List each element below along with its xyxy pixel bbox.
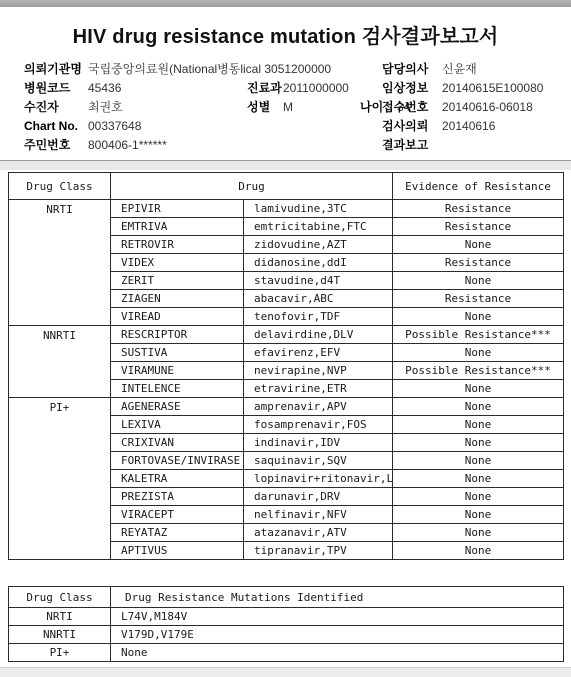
drug-class-cell: NRTI (9, 200, 111, 326)
drug-brand-cell: VIDEX (111, 254, 244, 272)
drug-generic-cell: lopinavir+ritonavir,LPV (244, 470, 393, 488)
info-value-requesting-org: 국립중앙의료원(National병동lical 3051200000 (88, 61, 331, 77)
drug-evidence-cell: None (393, 416, 564, 434)
drug-generic-cell: didanosine,ddI (244, 254, 393, 272)
drug-brand-cell: VIREAD (111, 308, 244, 326)
drug-evidence-cell: None (393, 470, 564, 488)
drug-evidence-cell: None (393, 344, 564, 362)
info-value-chart-no: 00337648 (88, 118, 141, 134)
drug-generic-cell: saquinavir,SQV (244, 452, 393, 470)
drug-generic-cell: fosamprenavir,FOS (244, 416, 393, 434)
info-label-resident-no: 주민번호 (24, 137, 70, 153)
drug-generic-cell: darunavir,DRV (244, 488, 393, 506)
drug-generic-cell: etravirine,ETR (244, 380, 393, 398)
top-window-bar (0, 0, 571, 7)
info-value-patient: 최권호 (88, 99, 123, 115)
drug-table-body: NRTIEPIVIRlamivudine,3TCResistanceEMTRIV… (9, 200, 564, 560)
info-label-receipt-no: 접수번호 (382, 99, 428, 115)
header-evidence: Evidence of Resistance (393, 173, 564, 200)
mutations-identified-cell: None (111, 644, 564, 662)
info-row-5: 주민번호 800406-1****** 결과보고 (24, 137, 569, 153)
info-value-clinical-info: 20140615E100080 (442, 80, 543, 96)
drug-brand-cell: LEXIVA (111, 416, 244, 434)
drug-brand-cell: CRIXIVAN (111, 434, 244, 452)
drug-class-cell: PI+ (9, 398, 111, 560)
mutations-identified-cell: V179D,V179E (111, 626, 564, 644)
drug-brand-cell: FORTOVASE/INVIRASE (111, 452, 244, 470)
drug-row: NRTIEPIVIRlamivudine,3TCResistance (9, 200, 564, 218)
drug-brand-cell: RESCRIPTOR (111, 326, 244, 344)
mutation-drug-class-cell: PI+ (9, 644, 111, 662)
drug-brand-cell: KALETRA (111, 470, 244, 488)
drug-evidence-cell: None (393, 434, 564, 452)
info-value-doctor: 신윤재 (442, 61, 477, 77)
info-label-sex: 성별 (247, 99, 270, 115)
mutation-drug-class-cell: NNRTI (9, 626, 111, 644)
drug-brand-cell: EPIVIR (111, 200, 244, 218)
drug-evidence-cell: Possible Resistance*** (393, 326, 564, 344)
drug-evidence-cell: None (393, 488, 564, 506)
drug-generic-cell: atazanavir,ATV (244, 524, 393, 542)
bottom-strip (0, 667, 571, 677)
drug-evidence-cell: None (393, 524, 564, 542)
header-mutations-identified: Drug Resistance Mutations Identified (111, 587, 564, 608)
drug-generic-cell: abacavir,ABC (244, 290, 393, 308)
drug-evidence-cell: None (393, 542, 564, 560)
header-drug-class: Drug Class (9, 173, 111, 200)
drug-evidence-cell: Resistance (393, 290, 564, 308)
drug-brand-cell: SUSTIVA (111, 344, 244, 362)
drug-generic-cell: lamivudine,3TC (244, 200, 393, 218)
drug-generic-cell: tenofovir,TDF (244, 308, 393, 326)
drug-brand-cell: EMTRIVA (111, 218, 244, 236)
drug-evidence-cell: None (393, 380, 564, 398)
drug-brand-cell: AGENERASE (111, 398, 244, 416)
drug-evidence-cell: None (393, 308, 564, 326)
info-value-hospital-code: 45436 (88, 80, 121, 96)
info-value-receipt-no: 20140616-06018 (442, 99, 533, 115)
drug-resistance-table: Drug Class Drug Evidence of Resistance N… (8, 172, 564, 560)
info-label-age: 나이 (360, 99, 383, 115)
info-label-department: 진료과 (247, 80, 282, 96)
section-divider-strip (0, 160, 571, 170)
drug-generic-cell: emtricitabine,FTC (244, 218, 393, 236)
drug-brand-cell: REYATAZ (111, 524, 244, 542)
info-row-4: Chart No. 00337648 검사의뢰 20140616 (24, 118, 569, 134)
drug-evidence-cell: None (393, 506, 564, 524)
drug-brand-cell: RETROVIR (111, 236, 244, 254)
drug-generic-cell: tipranavir,TPV (244, 542, 393, 560)
drug-brand-cell: ZIAGEN (111, 290, 244, 308)
info-row-1: 의뢰기관명 국립중앙의료원(National병동lical 3051200000… (24, 61, 569, 77)
mutation-row: NNRTIV179D,V179E (9, 626, 564, 644)
drug-generic-cell: efavirenz,EFV (244, 344, 393, 362)
drug-generic-cell: amprenavir,APV (244, 398, 393, 416)
drug-brand-cell: INTELENCE (111, 380, 244, 398)
drug-generic-cell: stavudine,d4T (244, 272, 393, 290)
info-label-chart-no: Chart No. (24, 118, 78, 134)
drug-evidence-cell: None (393, 272, 564, 290)
drug-brand-cell: ZERIT (111, 272, 244, 290)
info-label-test-requested: 검사의뢰 (382, 118, 428, 134)
drug-class-cell: NNRTI (9, 326, 111, 398)
drug-evidence-cell: None (393, 452, 564, 470)
mutations-identified-cell: L74V,M184V (111, 608, 564, 626)
drug-evidence-cell: Resistance (393, 218, 564, 236)
info-value-resident-no: 800406-1****** (88, 137, 167, 153)
info-row-2: 병원코드 45436 진료과 2011000000 임상정보 20140615E… (24, 80, 569, 96)
header-drug: Drug (111, 173, 393, 200)
drug-generic-cell: nelfinavir,NFV (244, 506, 393, 524)
info-label-patient: 수진자 (24, 99, 59, 115)
info-label-doctor: 담당의사 (382, 61, 428, 77)
info-label-clinical-info: 임상정보 (382, 80, 428, 96)
drug-evidence-cell: Resistance (393, 200, 564, 218)
mutation-drug-class-cell: NRTI (9, 608, 111, 626)
drug-evidence-cell: Resistance (393, 254, 564, 272)
info-label-requesting-org: 의뢰기관명 (24, 61, 82, 77)
drug-evidence-cell: Possible Resistance*** (393, 362, 564, 380)
mutation-table: Drug Class Drug Resistance Mutations Ide… (8, 586, 564, 662)
drug-generic-cell: indinavir,IDV (244, 434, 393, 452)
drug-row: NNRTIRESCRIPTORdelavirdine,DLVPossible R… (9, 326, 564, 344)
mutation-table-header-row: Drug Class Drug Resistance Mutations Ide… (9, 587, 564, 608)
report-page: HIV drug resistance mutation 검사결과보고서 의뢰기… (0, 0, 571, 677)
drug-evidence-cell: None (393, 398, 564, 416)
drug-table-header-row: Drug Class Drug Evidence of Resistance (9, 173, 564, 200)
info-label-result-reported: 결과보고 (382, 137, 428, 153)
mutation-table-body: NRTIL74V,M184VNNRTIV179D,V179EPI+None (9, 608, 564, 662)
info-value-sex: M (283, 99, 293, 115)
drug-brand-cell: PREZISTA (111, 488, 244, 506)
mutation-row: PI+None (9, 644, 564, 662)
drug-row: PI+AGENERASEamprenavir,APVNone (9, 398, 564, 416)
drug-generic-cell: zidovudine,AZT (244, 236, 393, 254)
info-value-department: 2011000000 (283, 80, 349, 96)
mutation-row: NRTIL74V,M184V (9, 608, 564, 626)
drug-brand-cell: APTIVUS (111, 542, 244, 560)
header-mutation-drug-class: Drug Class (9, 587, 111, 608)
info-value-test-requested: 20140616 (442, 118, 495, 134)
info-row-3: 수진자 최권호 성별 M 나이 34 접수번호 20140616-06018 (24, 99, 569, 115)
drug-evidence-cell: None (393, 236, 564, 254)
drug-generic-cell: nevirapine,NVP (244, 362, 393, 380)
drug-generic-cell: delavirdine,DLV (244, 326, 393, 344)
drug-brand-cell: VIRAMUNE (111, 362, 244, 380)
page-title: HIV drug resistance mutation 검사결과보고서 (0, 20, 571, 49)
drug-brand-cell: VIRACEPT (111, 506, 244, 524)
info-label-hospital-code: 병원코드 (24, 80, 70, 96)
